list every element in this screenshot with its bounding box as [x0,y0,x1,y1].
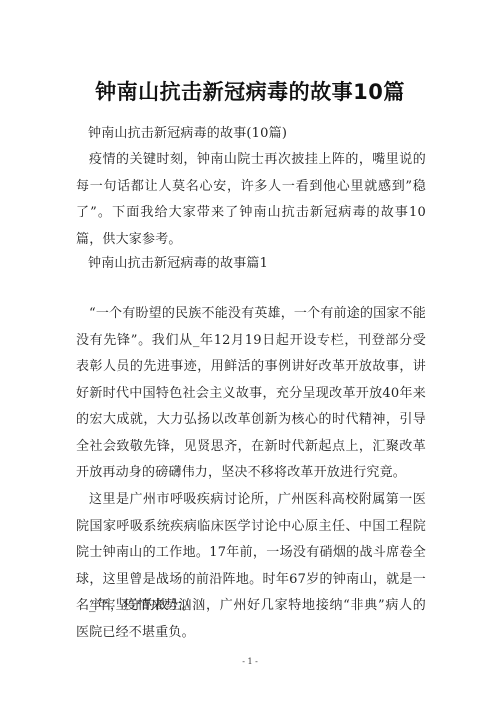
body-paragraph-1: “一个有盼望的民族不能没有英雄，一个有前途的国家不能没有先锋”。我们从_年12月… [76,301,426,487]
body-paragraph-3: _年，疫情来势汹汹，广州好几家特地接纳“非典”病人的医院已经不堪重负。 [76,593,426,646]
document-page: 钟南山抗击新冠病毒的故事10篇 钟南山抗击新冠病毒的故事(10篇) 疫情的关键时… [0,0,500,707]
page-number: - 1 - [0,657,500,666]
section-heading: 钟南山抗击新冠病毒的故事篇1 [88,252,268,271]
intro-paragraph: 疫情的关键时刻，钟南山院士再次披挂上阵的，嘴里说的每一句话都让人莫名心安，许多人… [76,147,426,253]
document-title: 钟南山抗击新冠病毒的故事10篇 [0,76,500,106]
document-subtitle: 钟南山抗击新冠病毒的故事(10篇) [88,122,287,141]
